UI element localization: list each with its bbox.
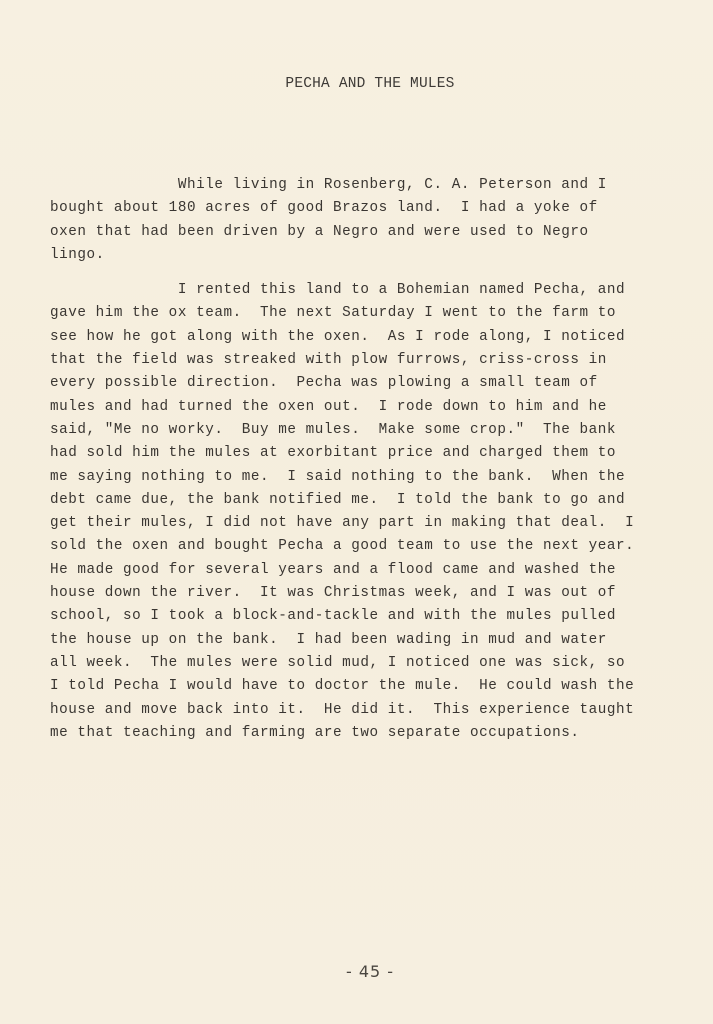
text-line: that the field was streaked with plow fu… (50, 349, 713, 372)
text-line: debt came due, the bank notified me. I t… (50, 489, 713, 512)
text-line: see how he got along with the oxen. As I… (50, 326, 713, 349)
text-line: get their mules, I did not have any part… (50, 512, 713, 535)
text-line: school, so I took a block-and-tackle and… (50, 605, 713, 628)
text-line: had sold him the mules at exorbitant pri… (50, 442, 713, 465)
text-line: oxen that had been driven by a Negro and… (50, 221, 713, 244)
text-line: gave him the ox team. The next Saturday … (50, 302, 713, 325)
text-line: said, "Me no worky. Buy me mules. Make s… (50, 419, 713, 442)
text-line: bought about 180 acres of good Brazos la… (50, 197, 713, 220)
page-title: PECHA AND THE MULES (0, 76, 713, 92)
text-line: me saying nothing to me. I said nothing … (50, 466, 713, 489)
text-line: house and move back into it. He did it. … (50, 699, 713, 722)
text-line: every possible direction. Pecha was plow… (50, 372, 713, 395)
text-line: me that teaching and farming are two sep… (50, 722, 713, 745)
page-number: - 45 - (0, 962, 713, 981)
text-line: all week. The mules were solid mud, I no… (50, 652, 713, 675)
text-line: sold the oxen and bought Pecha a good te… (50, 535, 713, 558)
paragraph-2: I rented this land to a Bohemian named P… (50, 279, 713, 745)
text-line: I told Pecha I would have to doctor the … (50, 675, 713, 698)
text-line: house down the river. It was Christmas w… (50, 582, 713, 605)
text-line: lingo. (50, 244, 713, 267)
text-line: While living in Rosenberg, C. A. Peterso… (50, 174, 713, 197)
document-page: PECHA AND THE MULES While living in Rose… (0, 0, 713, 1024)
paragraph-gap (50, 267, 713, 279)
text-line: the house up on the bank. I had been wad… (50, 629, 713, 652)
body-text: While living in Rosenberg, C. A. Peterso… (50, 174, 713, 745)
paragraph-1: While living in Rosenberg, C. A. Peterso… (50, 174, 713, 267)
text-line: I rented this land to a Bohemian named P… (50, 279, 713, 302)
text-line: mules and had turned the oxen out. I rod… (50, 396, 713, 419)
text-line: He made good for several years and a flo… (50, 559, 713, 582)
